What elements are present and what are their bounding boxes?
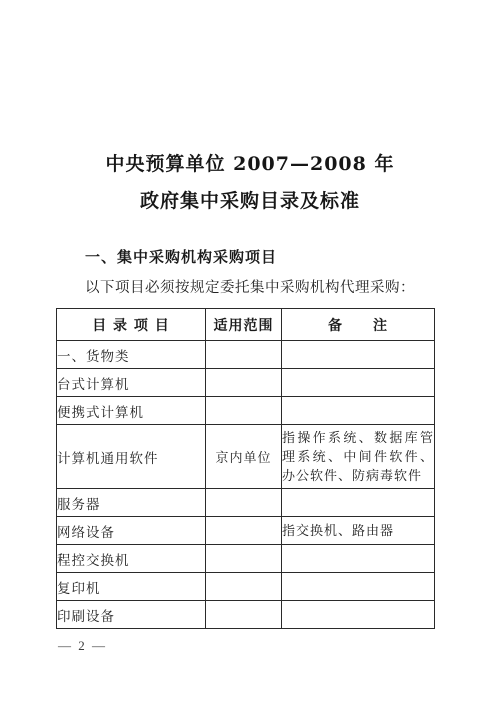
cell-note — [282, 545, 435, 573]
cell-note — [282, 369, 435, 397]
table-row: 服务器 — [57, 489, 435, 517]
intro-paragraph: 以下项目必须按规定委托集中采购机构代理采购： — [85, 276, 415, 297]
cell-item: 程控交换机 — [57, 545, 206, 573]
table-row: 复印机 — [57, 573, 435, 601]
cell-item: 台式计算机 — [57, 369, 206, 397]
title-line-2: 政府集中采购目录及标准 — [0, 190, 500, 212]
cell-item: 印刷设备 — [57, 601, 206, 629]
cell-scope — [206, 397, 282, 425]
table-row: 印刷设备 — [57, 601, 435, 629]
cell-note: 指交换机、路由器 — [282, 517, 435, 545]
table-row: 网络设备 指交换机、路由器 — [57, 517, 435, 545]
table-row: 程控交换机 — [57, 545, 435, 573]
cell-scope — [206, 601, 282, 629]
document-title: 中央预算单位 2007—2008 年 政府集中采购目录及标准 — [0, 153, 500, 227]
cell-note: 指操作系统、数据库管理系统、中间件软件、办公软件、防病毒软件 — [282, 425, 435, 489]
cell-item: 便携式计算机 — [57, 397, 206, 425]
cell-note — [282, 489, 435, 517]
cell-scope — [206, 341, 282, 369]
table-row: 台式计算机 — [57, 369, 435, 397]
cell-note — [282, 601, 435, 629]
header-scope: 适用范围 — [206, 309, 282, 341]
cell-scope — [206, 489, 282, 517]
cell-item: 计算机通用软件 — [57, 425, 206, 489]
cell-item: 网络设备 — [57, 517, 206, 545]
title-line-1: 中央预算单位 2007—2008 年 — [0, 153, 500, 175]
section-heading: 一、集中采购机构采购项目 — [85, 246, 277, 267]
document-page: 中央预算单位 2007—2008 年 政府集中采购目录及标准 一、集中采购机构采… — [0, 0, 500, 708]
header-note: 备 注 — [282, 309, 435, 341]
cell-note — [282, 573, 435, 601]
cell-item: 复印机 — [57, 573, 206, 601]
page-number: — 2 — — [58, 638, 107, 654]
header-catalog-item: 目 录 项 目 — [57, 309, 206, 341]
table-row: 计算机通用软件 京内单位 指操作系统、数据库管理系统、中间件软件、办公软件、防病… — [57, 425, 435, 489]
table-header-row: 目 录 项 目 适用范围 备 注 — [57, 309, 435, 341]
cell-scope — [206, 517, 282, 545]
cell-note — [282, 341, 435, 369]
cell-scope — [206, 369, 282, 397]
cell-note — [282, 397, 435, 425]
cell-scope — [206, 545, 282, 573]
cell-item: 服务器 — [57, 489, 206, 517]
table-row: 便携式计算机 — [57, 397, 435, 425]
cell-scope: 京内单位 — [206, 425, 282, 489]
cell-item: 一、货物类 — [57, 341, 206, 369]
table-row: 一、货物类 — [57, 341, 435, 369]
procurement-catalog-table: 目 录 项 目 适用范围 备 注 一、货物类 台式计算机 便携式计算机 — [56, 308, 435, 629]
cell-scope — [206, 573, 282, 601]
